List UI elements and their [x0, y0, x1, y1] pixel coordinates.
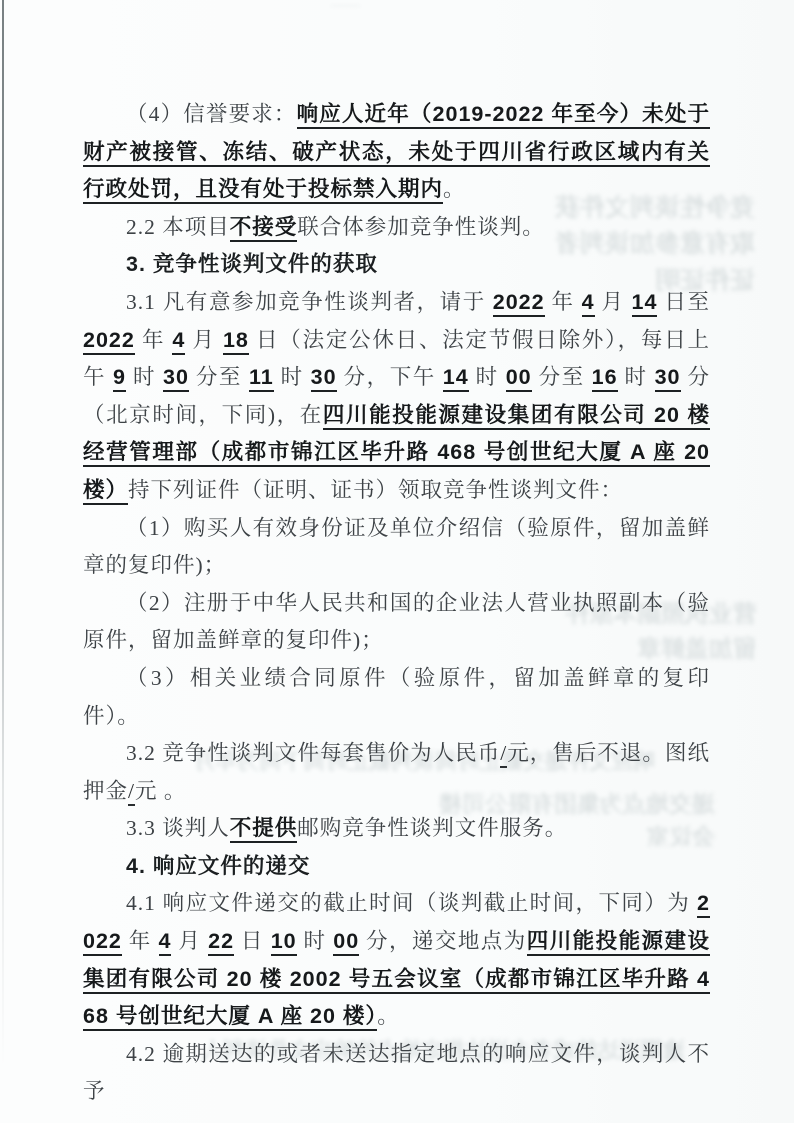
text-segment: 4. 响应文件的递交	[126, 854, 310, 878]
text-segment: 分至	[532, 365, 592, 389]
paragraph: （4）信誉要求：响应人近年（2019-2022 年至今）未处于财产被接管、冻结、…	[83, 96, 710, 209]
text-segment: 邮购竞争性谈判文件服务。	[297, 816, 567, 840]
emphasized-underlined-text: 00	[506, 365, 532, 392]
text-segment: 3. 竞争性谈判文件的获取	[126, 252, 378, 276]
emphasized-underlined-text: 11	[249, 365, 274, 392]
text-segment: 3.3 谈判人	[126, 816, 230, 840]
paragraph: 3.1 凡有意参加竞争性谈判者，请于 2022 年 4 月 14 日至 2022…	[83, 284, 710, 510]
paragraph: （1）购买人有效身份证及单位介绍信（验原件，留加盖鲜章的复印件)；	[83, 510, 710, 585]
text-segment: 分，下午	[337, 365, 443, 389]
text-segment: （1）购买人有效身份证及单位介绍信（验原件，留加盖鲜章的复印件)；	[83, 516, 710, 578]
text-segment: 月	[171, 929, 208, 953]
text-segment: 分至	[189, 365, 249, 389]
emphasized-underlined-text: 00	[333, 929, 359, 956]
text-segment: 2.2 本项目	[126, 215, 230, 239]
paragraph: 3.2 竞争性谈判文件每套售价为人民币/元，售后不退。图纸押金/元 。	[83, 735, 710, 810]
text-segment: 日	[234, 929, 271, 953]
text-segment: （2）注册于中华人民共和国的企业法人营业执照副本（验原件，留加盖鲜章的复印件)；	[83, 591, 710, 653]
text-segment: （4）信誉要求：	[126, 102, 297, 126]
emphasized-underlined-text: 30	[311, 365, 337, 392]
text-segment: 年	[545, 290, 582, 314]
paragraph: （2）注册于中华人民共和国的企业法人营业执照副本（验原件，留加盖鲜章的复印件)；	[83, 585, 710, 660]
text-segment: （3）相关业绩合同原件（验原件，留加盖鲜章的复印件）。	[83, 666, 710, 728]
text-segment: 4.1 响应文件递交的截止时间（谈判截止时间，下同）为	[126, 891, 697, 915]
text-segment: 时	[618, 365, 655, 389]
text-segment: 4.2 逾期送达的或者未送达指定地点的响应文件，谈判人不予	[83, 1042, 710, 1104]
text-segment: 日至	[657, 290, 710, 314]
text-segment: 元 。	[135, 779, 186, 803]
emphasized-underlined-text: 2022	[83, 328, 135, 355]
scan-edge-artifact	[2, 0, 4, 1123]
text-segment: 。	[377, 1004, 400, 1028]
text-segment: 分，递交地点为	[359, 929, 527, 953]
document-page: 竞争性谈判文件获取有意参加谈判者证件证明营业执照副本原件留加盖鲜章响应文件递交截…	[0, 0, 794, 1123]
text-segment: 月	[185, 328, 223, 352]
text-segment: 。	[443, 177, 466, 201]
paragraph: （3）相关业绩合同原件（验原件，留加盖鲜章的复印件）。	[83, 660, 710, 735]
text-segment: 3.2 竞争性谈判文件每套售价为人民币	[126, 741, 500, 765]
emphasized-underlined-text: 22	[208, 929, 234, 956]
emphasized-underlined-text: 4	[172, 328, 185, 355]
emphasized-underlined-text: 16	[592, 365, 618, 392]
emphasized-underlined-text: 2022	[493, 290, 545, 317]
paragraph: 3.3 谈判人不提供邮购竞争性谈判文件服务。	[83, 810, 710, 848]
document-body: （4）信誉要求：响应人近年（2019-2022 年至今）未处于财产被接管、冻结、…	[83, 96, 710, 1111]
text-segment: 时	[297, 929, 334, 953]
section-heading: 3. 竞争性谈判文件的获取	[83, 246, 710, 284]
paragraph: 2.2 本项目不接受联合体参加竞争性谈判。	[83, 209, 710, 247]
emphasized-underlined-text: 4	[159, 929, 172, 956]
emphasized-underlined-text: 14	[632, 290, 658, 317]
emphasized-underlined-text: 9	[113, 365, 126, 392]
text-segment: 持下列证件（证明、证书）领取竞争性谈判文件：	[128, 478, 623, 502]
text-segment: 月	[595, 290, 632, 314]
emphasized-underlined-text: 4	[582, 290, 595, 317]
paragraph: 4.1 响应文件递交的截止时间（谈判截止时间，下同）为 2022 年 4 月 2…	[83, 885, 710, 1035]
section-heading: 4. 响应文件的递交	[83, 848, 710, 886]
emphasized-underlined-text: 30	[163, 365, 189, 392]
emphasized-underlined-text: 18	[223, 328, 249, 355]
emphasized-underlined-text: 14	[443, 365, 469, 392]
emphasized-underlined-text: 不接受	[230, 215, 298, 242]
text-segment: 3.1 凡有意参加竞争性谈判者，请于	[126, 290, 493, 314]
text-segment: 时	[469, 365, 506, 389]
text-segment: 联合体参加竞争性谈判。	[297, 215, 545, 239]
bleedthrough-ghost-text: ·········	[240, 0, 360, 8]
paragraph: 4.2 逾期送达的或者未送达指定地点的响应文件，谈判人不予	[83, 1036, 710, 1111]
emphasized-underlined-text: 10	[271, 929, 297, 956]
text-segment: 时	[126, 365, 163, 389]
text-segment: 年	[122, 929, 159, 953]
text-segment: 年	[135, 328, 173, 352]
emphasized-underlined-text: 不提供	[230, 816, 298, 843]
text-segment: 时	[274, 365, 311, 389]
underlined-blank-slash: /	[128, 779, 135, 806]
emphasized-underlined-text: 30	[655, 365, 681, 392]
